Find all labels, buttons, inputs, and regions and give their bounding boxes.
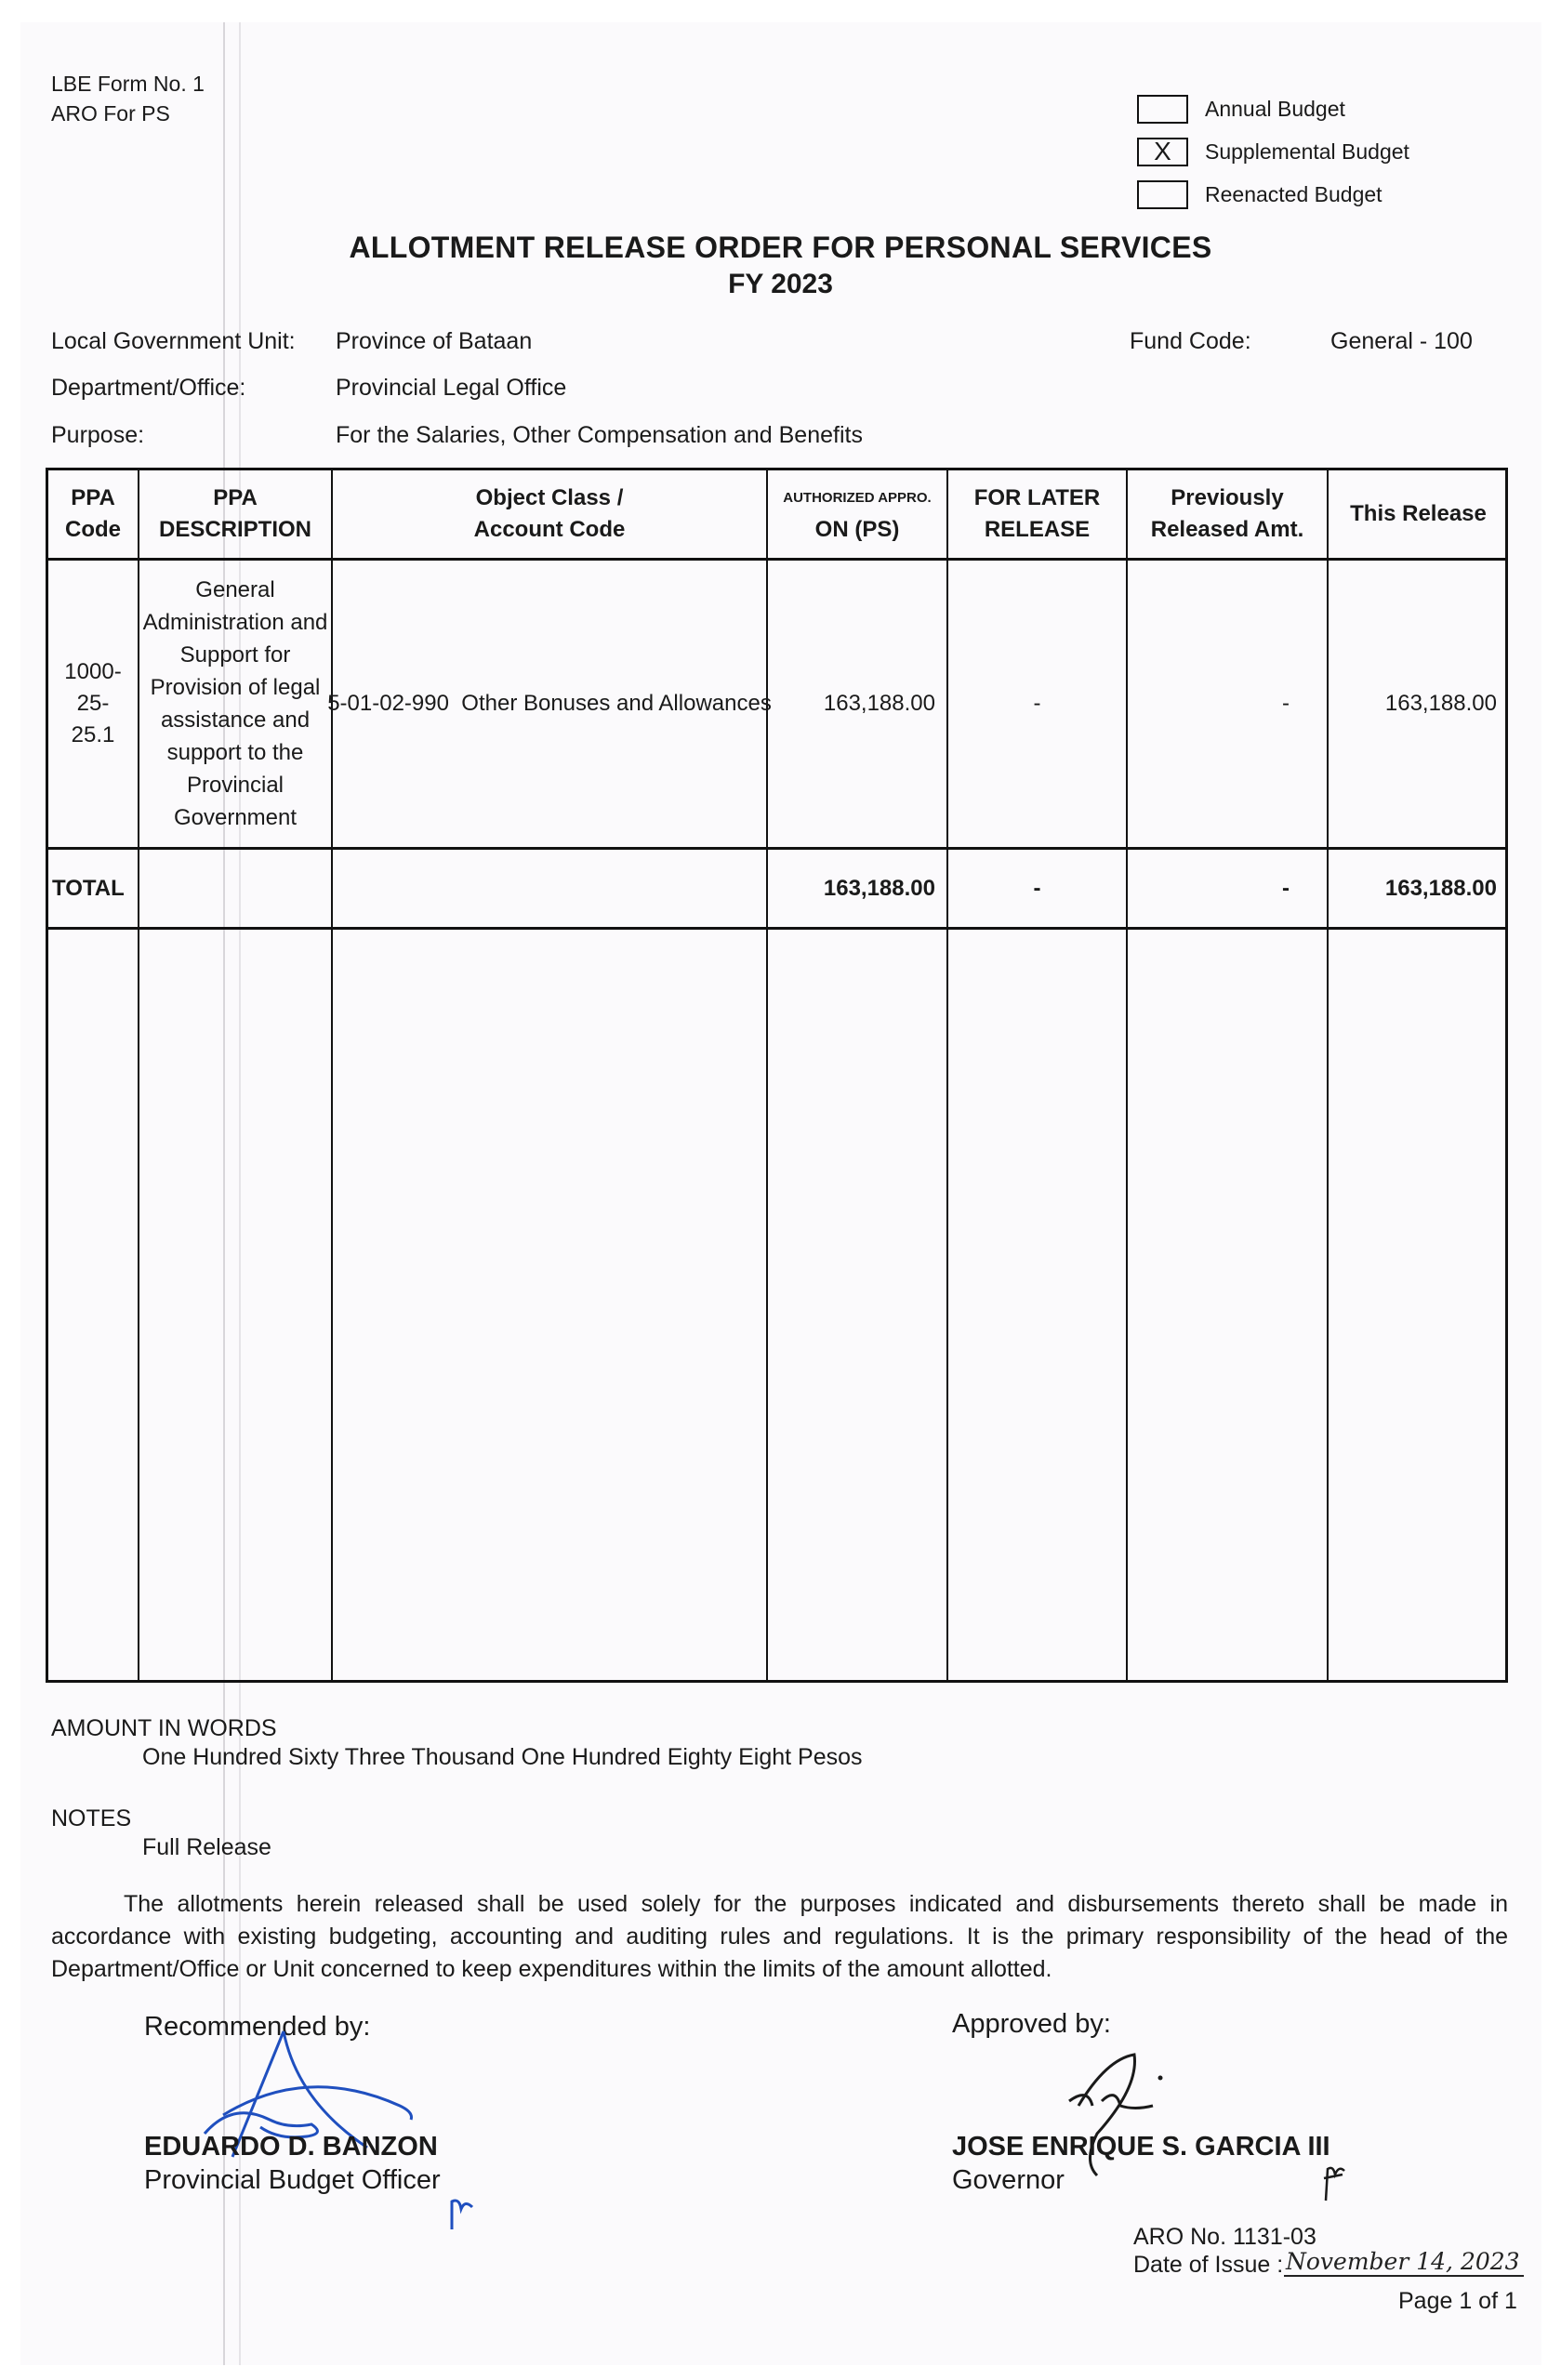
total-authorized: 163,188.00	[768, 850, 946, 927]
row-divider	[48, 927, 1505, 930]
total-for-later: -	[948, 850, 1126, 927]
cell-authorized: 163,188.00	[768, 561, 946, 847]
header-object-class: Object Class /Account Code	[333, 470, 766, 558]
header-ppa-code: PPACode	[48, 470, 138, 558]
checkbox-label: Annual Budget	[1205, 97, 1345, 122]
checkbox[interactable]	[1137, 180, 1188, 209]
budget-type-reenacted[interactable]: Reenacted Budget	[1137, 178, 1382, 210]
fiscal-year: FY 2023	[0, 269, 1561, 300]
purpose-value: For the Salaries, Other Compensation and…	[336, 422, 863, 449]
fund-code-label: Fund Code:	[1130, 328, 1251, 355]
cell-previously-released: -	[1128, 561, 1327, 847]
checkbox[interactable]	[1137, 95, 1188, 124]
amount-in-words-label: AMOUNT IN WORDS	[51, 1715, 277, 1742]
total-this-release: 163,188.00	[1329, 850, 1508, 927]
date-of-issue-value: November 14, 2023	[1284, 2248, 1524, 2277]
header-previously-released: PreviouslyReleased Amt.	[1128, 470, 1327, 558]
form-number: LBE Form No. 1	[51, 69, 205, 99]
fund-code-value: General - 100	[1330, 328, 1473, 355]
header-ppa-description: PPADESCRIPTION	[139, 470, 331, 558]
approved-by-label: Approved by:	[952, 2009, 1111, 2040]
header-this-release: This Release	[1329, 470, 1508, 558]
cell-this-release: 163,188.00	[1329, 561, 1508, 847]
disclaimer-paragraph: The allotments herein released shall be …	[51, 1888, 1508, 1986]
department-value: Provincial Legal Office	[336, 375, 566, 402]
lgu-label: Local Government Unit:	[51, 328, 296, 355]
department-label: Department/Office:	[51, 375, 245, 402]
initials-mark-icon	[1320, 2162, 1348, 2203]
recommended-by-position: Provincial Budget Officer	[144, 2165, 441, 2196]
purpose-label: Purpose:	[51, 422, 144, 449]
recommended-by-name: EDUARDO D. BANZON	[144, 2132, 438, 2162]
header-for-later-release: FOR LATERRELEASE	[948, 470, 1126, 558]
notes-label: NOTES	[51, 1805, 131, 1832]
cell-ppa-description: General Administration and Support for P…	[139, 561, 331, 847]
checkbox-label: Reenacted Budget	[1205, 182, 1382, 207]
document-title: ALLOTMENT RELEASE ORDER FOR PERSONAL SER…	[0, 231, 1561, 265]
budget-type-annual[interactable]: Annual Budget	[1137, 93, 1345, 125]
cell-object-class: 5-01-02-990 Other Bonuses and Allowances	[333, 561, 766, 847]
form-identifier: LBE Form No. 1 ARO For PS	[51, 69, 205, 128]
initials-mark-icon	[448, 2196, 476, 2233]
cell-ppa-code: 1000-25-25.1	[48, 561, 138, 847]
notes-value: Full Release	[142, 1834, 271, 1861]
page-number: Page 1 of 1	[1398, 2288, 1517, 2315]
approved-by-name: JOSE ENRIQUE S. GARCIA III	[952, 2132, 1330, 2162]
form-type: ARO For PS	[51, 99, 205, 128]
total-previously-released: -	[1128, 850, 1327, 927]
lgu-value: Province of Bataan	[336, 328, 532, 355]
checkbox-label: Supplemental Budget	[1205, 139, 1409, 165]
checkbox-checked[interactable]: X	[1137, 138, 1188, 166]
cell-for-later: -	[948, 561, 1126, 847]
allotment-table: PPACode PPADESCRIPTION Object Class /Acc…	[46, 468, 1508, 1683]
approved-by-position: Governor	[952, 2165, 1065, 2196]
header-authorized-appropriation: AUTHORIZED APPRO.ON (PS)	[768, 470, 946, 558]
total-label: TOTAL	[48, 850, 138, 927]
budget-type-supplemental[interactable]: X Supplemental Budget	[1137, 136, 1409, 167]
aro-number: ARO No. 1131-03	[1133, 2224, 1316, 2251]
amount-in-words-value: One Hundred Sixty Three Thousand One Hun…	[142, 1744, 863, 1771]
date-of-issue-label: Date of Issue :	[1133, 2252, 1283, 2279]
